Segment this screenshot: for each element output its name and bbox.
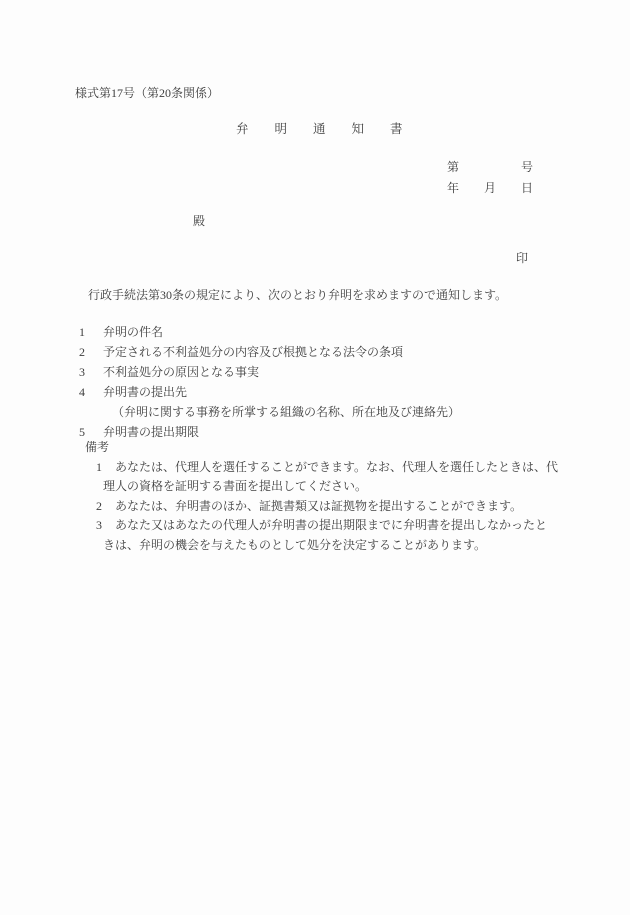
date-day-label: 日 [521, 178, 533, 198]
remark-item-text: あなた又はあなたの代理人が弁明書の提出期限までに弁明書を提出しなかったと [115, 518, 547, 532]
document-title: 弁 明 通 知 書 [236, 119, 409, 139]
remark-item-text: あなたは、代理人を選任することができます。なお、代理人を選任したときは、代 [115, 460, 558, 474]
list-item-number: 4 [79, 382, 103, 402]
form-label: 様式第17号（第20条関係） [75, 83, 219, 103]
list-item-number: 2 [79, 342, 103, 362]
list-item-number: 3 [79, 362, 103, 382]
remark-item: 1あなたは、代理人を選任することができます。なお、代理人を選任したときは、代 [85, 458, 558, 478]
list-item-text: 弁明書の提出期限 [103, 425, 199, 439]
document-number-line: 第 号 [447, 157, 533, 177]
remark-item-continuation: 理人の資格を証明する書面を提出してください。 [103, 477, 558, 497]
document-page: 様式第17号（第20条関係） 弁 明 通 知 書 第 号 年 月 日 殿 印 行… [0, 0, 630, 915]
date-year-label: 年 [447, 178, 459, 198]
doc-number-prefix: 第 [447, 157, 459, 177]
list-item-note: （弁明に関する事務を所掌する組織の名称、所在地及び連絡先） [112, 402, 460, 422]
list-item: 4弁明書の提出先 [79, 382, 460, 402]
list-item-text: 弁明の件名 [103, 325, 163, 339]
remark-item-number: 1 [96, 458, 115, 478]
remark-item-number: 2 [96, 497, 115, 517]
remark-item-continuation: きは、弁明の機会を与えたものとして処分を決定することがあります。 [103, 536, 558, 556]
list-item: 3不利益処分の原因となる事実 [79, 362, 460, 382]
body-paragraph: 行政手続法第30条の規定により、次のとおり弁明を求めますので通知します。 [88, 285, 507, 305]
remark-item-number: 3 [96, 516, 115, 536]
list-item-text: 弁明書の提出先 [103, 385, 187, 399]
list-item-number: 1 [79, 322, 103, 342]
remarks-section: 備考 1あなたは、代理人を選任することができます。なお、代理人を選任したときは、… [85, 438, 558, 555]
date-month-label: 月 [484, 178, 496, 198]
date-line: 年 月 日 [447, 178, 533, 198]
remark-item-text: あなたは、弁明書のほか、証拠書類又は証拠物を提出することができます。 [115, 499, 522, 513]
addressee-honorific: 殿 [193, 211, 205, 231]
list-item-text: 予定される不利益処分の内容及び根拠となる法令の条項 [103, 345, 403, 359]
list-item: 2予定される不利益処分の内容及び根拠となる法令の条項 [79, 342, 460, 362]
remark-item: 3あなた又はあなたの代理人が弁明書の提出期限までに弁明書を提出しなかったと [85, 516, 558, 536]
list-item-text: 不利益処分の原因となる事実 [103, 365, 259, 379]
remark-item: 2あなたは、弁明書のほか、証拠書類又は証拠物を提出することができます。 [85, 497, 558, 517]
seal-mark: 印 [516, 248, 528, 268]
item-list: 1弁明の件名 2予定される不利益処分の内容及び根拠となる法令の条項 3不利益処分… [79, 322, 460, 442]
doc-number-suffix: 号 [521, 157, 533, 177]
list-item: 1弁明の件名 [79, 322, 460, 342]
remarks-label: 備考 [85, 438, 558, 458]
